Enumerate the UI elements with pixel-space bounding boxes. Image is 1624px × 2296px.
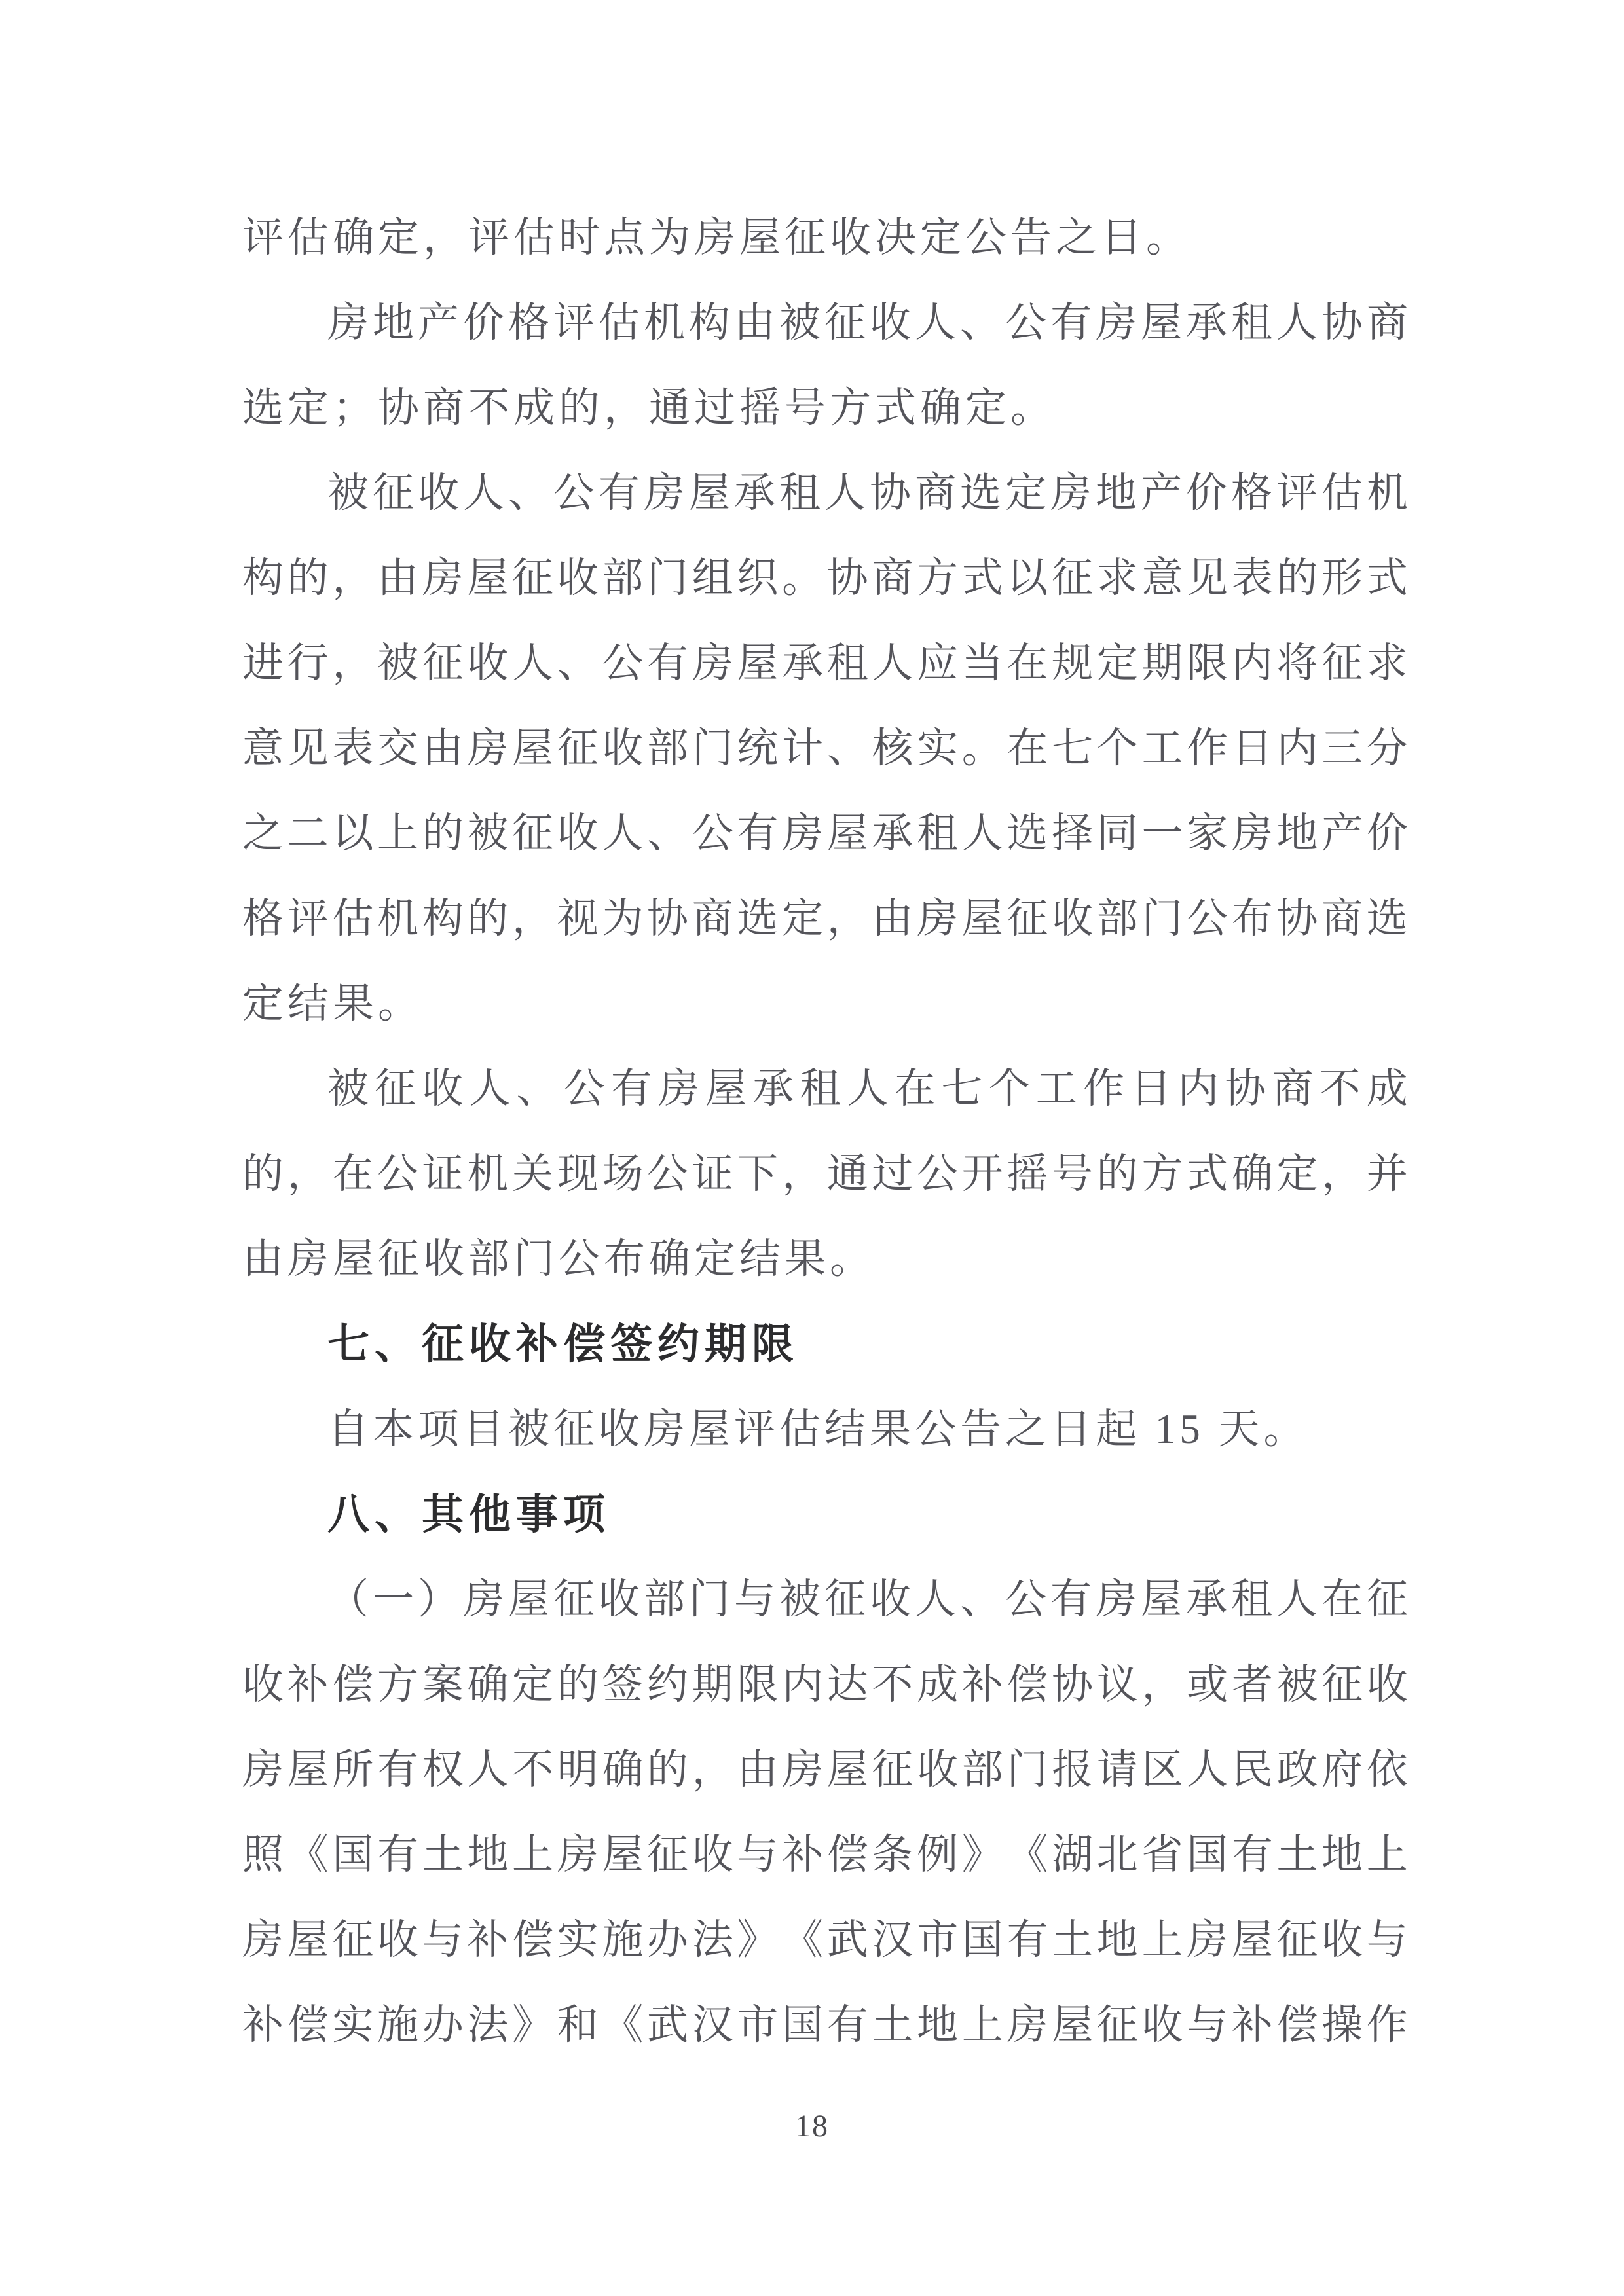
document-body: 评估确定，评估时点为房屋征收决定公告之日。房地产价格评估机构由被征收人、公有房屋…	[242, 195, 1408, 2068]
text-line: 定结果。	[242, 961, 1408, 1046]
text-line: 补偿实施办法》和《武汉市国有土地上房屋征收与补偿操作	[242, 1982, 1408, 2068]
text-line: 被征收人、公有房屋承租人协商选定房地产价格评估机	[242, 450, 1408, 536]
text-line: （一）房屋征收部门与被征收人、公有房屋承租人在征	[242, 1557, 1408, 1642]
text-line: 的，在公证机关现场公证下，通过公开摇号的方式确定，并	[242, 1131, 1408, 1216]
text-line: 自本项目被征收房屋评估结果公告之日起 15 天。	[242, 1387, 1408, 1472]
text-line: 构的，由房屋征收部门组织。协商方式以征求意见表的形式	[242, 536, 1408, 621]
document-page: 评估确定，评估时点为房屋征收决定公告之日。房地产价格评估机构由被征收人、公有房屋…	[0, 0, 1624, 2296]
text-line: 选定；协商不成的，通过摇号方式确定。	[242, 365, 1408, 450]
text-line: 进行，被征收人、公有房屋承租人应当在规定期限内将征求	[242, 621, 1408, 706]
text-line: 被征收人、公有房屋承租人在七个工作日内协商不成	[242, 1046, 1408, 1131]
text-line: 照《国有土地上房屋征收与补偿条例》《湖北省国有土地上	[242, 1812, 1408, 1897]
text-line: 之二以上的被征收人、公有房屋承租人选择同一家房地产价	[242, 791, 1408, 876]
text-line: 房屋征收与补偿实施办法》《武汉市国有土地上房屋征收与	[242, 1897, 1408, 1982]
text-line: 意见表交由房屋征收部门统计、核实。在七个工作日内三分	[242, 706, 1408, 791]
section-heading: 八、其他事项	[242, 1472, 1408, 1557]
page-number: 18	[0, 2107, 1624, 2146]
text-line: 由房屋征收部门公布确定结果。	[242, 1216, 1408, 1302]
text-line: 评估确定，评估时点为房屋征收决定公告之日。	[242, 195, 1408, 280]
text-line: 房屋所有权人不明确的，由房屋征收部门报请区人民政府依	[242, 1727, 1408, 1812]
text-line: 格评估机构的，视为协商选定，由房屋征收部门公布协商选	[242, 876, 1408, 961]
section-heading: 七、征收补偿签约期限	[242, 1302, 1408, 1387]
text-line: 收补偿方案确定的签约期限内达不成补偿协议，或者被征收	[242, 1642, 1408, 1727]
text-line: 房地产价格评估机构由被征收人、公有房屋承租人协商	[242, 280, 1408, 365]
